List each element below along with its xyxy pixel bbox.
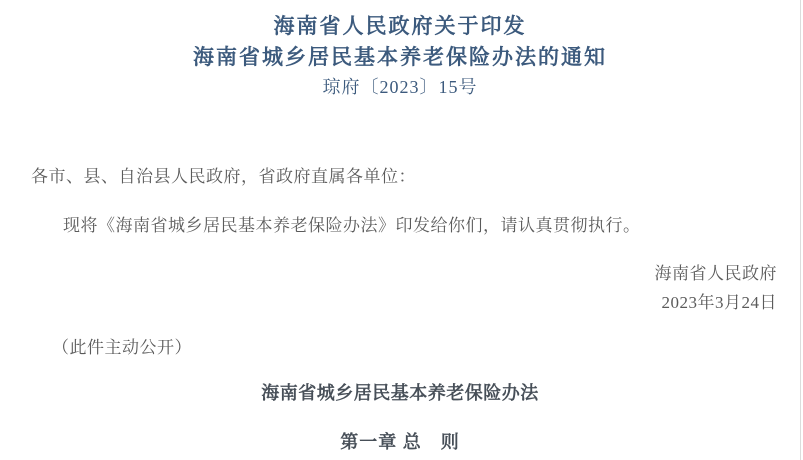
issue-date: 2023年3月24日 xyxy=(662,293,778,313)
disclosure-note: （此件主动公开） xyxy=(52,338,192,358)
document-title: 海南省人民政府关于印发 海南省城乡居民基本养老保险办法的通知 xyxy=(0,11,800,73)
document-number: 琼府〔2023〕15号 xyxy=(0,76,800,98)
document-title-line2: 海南省城乡居民基本养老保险办法的通知 xyxy=(0,42,800,73)
body-paragraph: 现将《海南省城乡居民基本养老保险办法》印发给你们，请认真贯彻执行。 xyxy=(63,216,763,236)
document-title-line1: 海南省人民政府关于印发 xyxy=(0,11,800,42)
chapter-one-heading: 第一章 总 则 xyxy=(0,432,800,453)
page-right-edge-line xyxy=(800,0,801,460)
salutation-line: 各市、县、自治县人民政府，省政府直属各单位： xyxy=(31,167,763,187)
regulation-title: 海南省城乡居民基本养老保险办法 xyxy=(0,383,800,404)
document-page: 海南省人民政府关于印发 海南省城乡居民基本养老保险办法的通知 琼府〔2023〕1… xyxy=(0,0,803,460)
issuer-signature: 海南省人民政府 xyxy=(655,264,778,284)
